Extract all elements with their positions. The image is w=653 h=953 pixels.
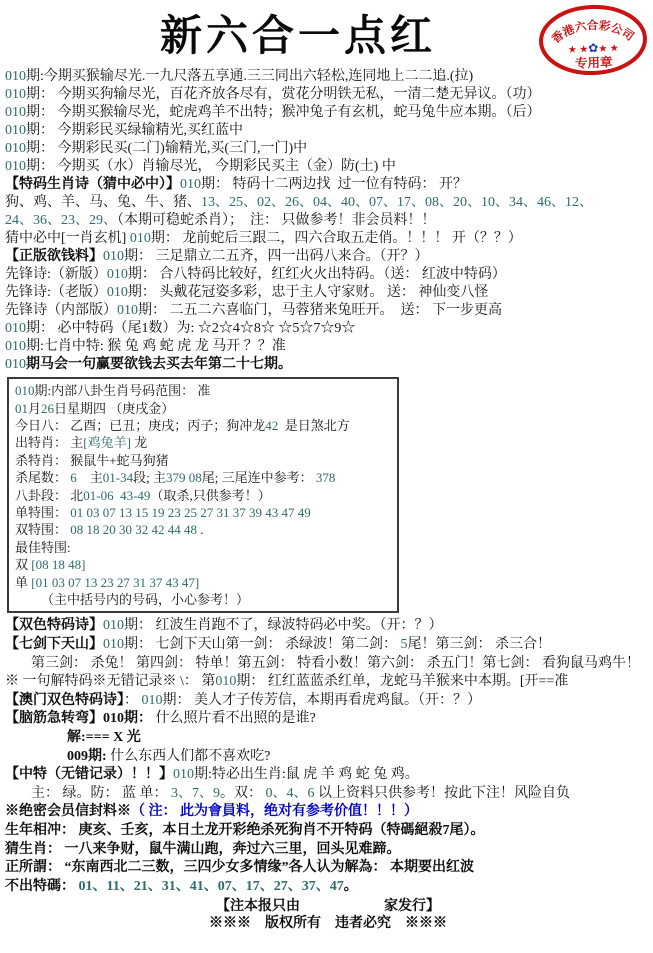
text-segment: 期： 三足鼎立二五齐，四一出码八来合。（开？） bbox=[124, 249, 429, 264]
text-segment: 26 bbox=[41, 401, 54, 416]
text-segment: （取杀,只供参考！） bbox=[150, 488, 270, 503]
text-segment: 010 bbox=[5, 321, 26, 336]
footer-text-line: ※※※ 版权所有 违者必究 ※※※ bbox=[5, 915, 651, 932]
text-segment: 狗、鸡、羊、马、兔、牛、猪、 bbox=[5, 195, 201, 210]
text-segment: 01-06 43-49 bbox=[83, 488, 150, 503]
main-text-line: 【特码生肖诗（猜中必中）】010期： 特码十二两边找 过一位有特码： 开？ bbox=[5, 176, 651, 194]
main-text-line: 先锋诗（内部版）010期： 二五二六喜临门，马蓉猪来兔旺开。 送： 下一步更高 bbox=[5, 302, 651, 320]
stamp-flower-icon: ✿ bbox=[588, 41, 599, 55]
text-segment: 双特围： bbox=[15, 522, 70, 537]
text-segment: 【双色特码诗】 bbox=[5, 618, 103, 633]
stamp-stars-right: ★ ★ bbox=[598, 43, 619, 55]
text-segment: 主： 绿。防： 蓝 单： bbox=[31, 786, 171, 801]
text-segment: . bbox=[197, 522, 204, 537]
text-segment: 01 03 07 13 15 19 23 25 27 31 37 39 43 4… bbox=[70, 505, 311, 520]
stamp-stars-row: ★ ★✿★ ★ bbox=[568, 40, 619, 56]
text-segment: 单 bbox=[15, 575, 31, 590]
text-segment: 010 bbox=[5, 123, 26, 138]
text-segment: 猜生肖： 一八来争财，鼠牛满山跑，奔过六三里，回头见难蹄。 bbox=[5, 842, 401, 857]
text-segment: 月 bbox=[28, 401, 41, 416]
secondary-text-line: 解:=== X 光 bbox=[5, 729, 651, 748]
text-segment: 010 bbox=[103, 249, 124, 264]
text-segment: 猜中必中[一肖玄机] bbox=[5, 231, 130, 246]
text-segment: 先锋诗（内部版） bbox=[5, 303, 117, 318]
main-text-line: 010期： 必中特码（尾1数）为: ☆2☆4☆8☆ ☆5☆7☆9☆ bbox=[5, 320, 651, 338]
secondary-text-line: ※绝密会员信封料※（ 注： 此为會員料，绝对有参考价值！！！） bbox=[5, 803, 651, 822]
footer-section: 【注本报只由 家发行】※※※ 版权所有 违者必究 ※※※ bbox=[5, 898, 651, 932]
text-segment: 今日八： 乙酉；已丑；庚戌；丙子；狗冲龙 bbox=[15, 418, 265, 433]
main-text-line: 狗、鸡、羊、马、兔、牛、猪、13、25、02、26、04、40、07、17、08… bbox=[5, 194, 651, 212]
secondary-text-line: 第三剑： 杀兔！ 第四剑： 特单！第五剑： 特看小数！第六剑： 杀五门！第七剑：… bbox=[5, 655, 651, 674]
tip-sheet-page: 新六合一点红 香港六合彩公司 ★ ★✿★ ★ 专用章 010期:今期买猴输尽光.… bbox=[0, 0, 653, 953]
text-segment: 。 bbox=[344, 879, 358, 894]
text-segment: 010 bbox=[142, 693, 163, 708]
text-segment: 01 bbox=[15, 401, 28, 416]
text-segment: 010 bbox=[173, 767, 194, 782]
stamp-stars-left: ★ ★ bbox=[568, 44, 589, 56]
main-text-line: 【正版欲钱料】010期： 三足鼎立二五齐，四一出码八来合。（开？） bbox=[5, 248, 651, 266]
text-segment: （本期可稳蛇杀肖）； 注： 只做参考！非会员料！！ bbox=[117, 213, 436, 228]
text-segment: 先锋诗:（老版） bbox=[5, 285, 107, 300]
text-segment: 010 bbox=[5, 105, 26, 120]
text-segment: 010 bbox=[5, 69, 26, 84]
text-segment: 01-34 bbox=[103, 470, 133, 485]
text-segment: （主中括号内的号码，小心参考！） bbox=[41, 592, 249, 607]
text-segment: 期： 头戴花冠姿多彩，忠于主人守家财。 送： 神仙变八怪 bbox=[128, 285, 489, 300]
text-segment: 010 bbox=[117, 303, 138, 318]
stamp-graphic: 香港六合彩公司 ★ ★✿★ ★ 专用章 bbox=[536, 1, 651, 79]
text-segment bbox=[300, 899, 384, 914]
secondary-text-line: 正所謂： “东南西北二三数，三四少女多情缘”各人认为解為： 本期要出红波 bbox=[5, 859, 651, 878]
text-segment: 段; 主 bbox=[133, 470, 166, 485]
secondary-text-line: 009期: 什么东西人们都不喜欢吃? bbox=[5, 748, 651, 767]
text-segment: 期： 二五二六喜临门，马蓉猪来兔旺开。 送： 下一步更高 bbox=[138, 303, 502, 318]
main-text-line: 010期： 今期买猴输尽光，蛇虎鸡羊不出特；猴冲兔子有玄机，蛇马兔牛应本期。（后… bbox=[5, 104, 651, 122]
box-text-line: 单特围： 01 03 07 13 15 19 23 25 27 31 37 39… bbox=[15, 504, 391, 521]
text-segment: 期： 七剑下天山第一剑： 杀绿波！第二剑： bbox=[124, 637, 401, 652]
secondary-text-line: 猜生肖： 一八来争财，鼠牛满山跑，奔过六三里，回头见难蹄。 bbox=[5, 841, 651, 860]
box-text-line: 八卦段： 北01-06 43-49（取杀,只供参考！） bbox=[15, 487, 391, 504]
text-segment: 010 bbox=[5, 159, 26, 174]
text-segment: 出特肖： 主 bbox=[15, 435, 83, 450]
text-segment: 379 08 bbox=[166, 470, 202, 485]
text-segment: 【注本报只由 bbox=[216, 899, 300, 914]
text-segment: 378 bbox=[316, 470, 336, 485]
text-segment: 尾！第三剑： 杀三合！ bbox=[408, 637, 552, 652]
text-segment: 期:七肖中特: 猴 兔 鸡 蛇 虎 龙 马开 ？？准 bbox=[26, 339, 286, 354]
text-segment: 双 bbox=[15, 557, 31, 572]
secondary-text-line: ※ 一句解特码※无错记录※ \： 第010期： 红红蓝蓝杀红单，龙蛇马羊猴来中本… bbox=[5, 673, 651, 692]
text-segment: 【澳门双色特码诗】 bbox=[5, 693, 124, 708]
secondary-text-line: 主： 绿。防： 蓝 单： 3、7、9。双： 0、4、6 以上资料只供参考！按此下… bbox=[5, 785, 651, 804]
bagua-range-lines: 010期:内部八卦生肖号码范围： 准01月26日星期四 （庚戌金）今日八： 乙酉… bbox=[15, 382, 391, 608]
secondary-text-line: 【中特（无错记录）！！】010期:特必出生肖:鼠 虎 羊 鸡 蛇 兔 鸡。 bbox=[5, 766, 651, 785]
text-segment: 期： 今期彩民买绿输精光,买红蓝中 bbox=[26, 123, 243, 138]
secondary-text-line: 不出特碼： 01、11、21、31、41、07、17、27、37、47。 bbox=[5, 878, 651, 897]
text-segment: 42 bbox=[265, 418, 278, 433]
text-segment: 010 bbox=[107, 285, 128, 300]
text-segment: 010 bbox=[5, 141, 26, 156]
main-text-line: 010期： 今期买（水）肖输尽光， 今期彩民买主（金）防(土) 中 bbox=[5, 158, 651, 176]
secondary-text-line: 【澳门双色特码诗】： 010期： 美人才子传芳信，本期再看虎鸡鼠。（开：？） bbox=[5, 692, 651, 711]
text-segment: 期马会一句赢要欲钱去买去年第二十七期。 bbox=[26, 357, 292, 372]
text-segment: 010 bbox=[130, 231, 151, 246]
text-segment: 期： 今期彩民买(二门)输精光,买(三门,一门)中 bbox=[26, 141, 307, 156]
text-segment: （ 注： 此为會員料，绝对有参考价值！！！） bbox=[131, 804, 418, 819]
text-segment: 期： 合八特码比较好，红红火火出特码。（送： 红波中特码） bbox=[128, 267, 506, 282]
secondary-text-line: 【双色特码诗】010期： 红波生肖跑不了，绿波特码必中奖。（开：？） bbox=[5, 617, 651, 636]
text-segment: 主 bbox=[77, 470, 103, 485]
text-segment: 期:特必出生肖:鼠 虎 羊 鸡 蛇 兔 鸡。 bbox=[194, 767, 419, 782]
stamp-bottom-text: 专用章 bbox=[575, 54, 614, 70]
text-segment: 009期: bbox=[67, 749, 110, 764]
box-text-line: 双 [08 18 48] bbox=[15, 556, 391, 573]
box-text-line: 杀特肖： 猴鼠牛+蛇马狗猪 bbox=[15, 452, 391, 469]
text-segment: 期： 必中特码（尾1数）为: ☆2☆4☆8☆ ☆5☆7☆9☆ bbox=[26, 321, 355, 336]
text-segment: [鸡兔羊] bbox=[83, 435, 131, 450]
main-text-line: 先锋诗:（新版）010期： 合八特码比较好，红红火火出特码。（送： 红波中特码） bbox=[5, 266, 651, 284]
text-segment: 期： 特码十二两边找 过一位有特码： 开？ bbox=[201, 177, 467, 192]
text-segment: 期： 今期买（水）肖输尽光， 今期彩民买主（金）防(土) 中 bbox=[26, 159, 396, 174]
box-text-line: 出特肖： 主[鸡兔羊] 龙 bbox=[15, 434, 391, 451]
text-segment: 期： 龙前蛇后三跟二，四六合取五走俏。！！！ 开（？？） bbox=[151, 231, 522, 246]
text-segment: 第三剑： 杀兔！ 第四剑： 特单！第五剑： 特看小数！第六剑： 杀五门！第七剑：… bbox=[31, 656, 640, 671]
box-text-line: 最佳特围: bbox=[15, 539, 391, 556]
text-segment: ※ 一句解特码※无错记录※ \： 第 bbox=[5, 674, 215, 689]
bagua-range-box: 010期:内部八卦生肖号码范围： 准01月26日星期四 （庚戌金）今日八： 乙酉… bbox=[7, 377, 399, 613]
text-segment: 期： 今期买狗输尽光，百花齐放各尽有，赏花分明铁无私，一清二楚无异议。（功） bbox=[26, 87, 541, 102]
text-segment: [08 18 48] bbox=[31, 557, 85, 572]
box-text-line: 010期:内部八卦生肖号码范围： 准 bbox=[15, 382, 391, 399]
main-text-line: 猜中必中[一肖玄机] 010期： 龙前蛇后三跟二，四六合取五走俏。！！！ 开（？… bbox=[5, 230, 651, 248]
text-segment: 正所謂： “东南西北二三数，三四少女多情缘”各人认为解為： 本期要出红波 bbox=[5, 860, 474, 875]
text-segment: 【特码生肖诗（猜中必中）】 bbox=[5, 177, 180, 192]
text-segment: 日星期四 （庚戌金） bbox=[54, 401, 174, 416]
text-segment: ※※※ 版权所有 违者必究 ※※※ bbox=[209, 916, 447, 931]
text-segment: 生年相冲： 庚亥、壬亥，本日土龙开彩绝杀死狗肖不开特码（特碼絕殺7尾）。 bbox=[5, 823, 485, 838]
text-segment: 以上资料只供参考！按此下注！风险自负 bbox=[315, 786, 571, 801]
text-segment: 杀尾数： bbox=[15, 470, 70, 485]
company-stamp: 香港六合彩公司 ★ ★✿★ ★ 专用章 bbox=[536, 1, 651, 79]
main-text-line: 010期： 今期彩民买绿输精光,买红蓝中 bbox=[5, 122, 651, 140]
box-text-line: 单 [01 03 07 13 23 27 31 37 43 47] bbox=[15, 574, 391, 591]
text-segment: 0、4、6 bbox=[266, 786, 315, 801]
main-text-line: 010期马会一句赢要欲钱去买去年第二十七期。 bbox=[5, 356, 651, 374]
main-text-line: 010期:七肖中特: 猴 兔 鸡 蛇 虎 龙 马开 ？？准 bbox=[5, 338, 651, 356]
text-segment: 龙 bbox=[131, 435, 147, 450]
secondary-text-line: 【脑筋急转弯】010期： 什么照片看不出照的是谁? bbox=[5, 710, 651, 729]
box-text-line: 01月26日星期四 （庚戌金） bbox=[15, 400, 391, 417]
text-segment: 不出特碼： bbox=[5, 879, 79, 894]
text-segment: 什么东西人们都不喜欢吃? bbox=[110, 749, 270, 764]
text-segment: 5 bbox=[401, 637, 408, 652]
text-segment: 010 bbox=[15, 383, 35, 398]
text-segment: ： bbox=[124, 693, 142, 708]
text-segment: 010 bbox=[5, 339, 26, 354]
text-segment: 期:今期买猴输尽光.一九尺落五享通.三三同出六轻松,连同地上二二追.(拉) bbox=[26, 69, 473, 84]
text-segment: 13、25、02、26、04、40、07、17、08、20、10、34、46、1… bbox=[201, 195, 593, 210]
text-segment: 期： 红红蓝蓝杀红单，龙蛇马羊猴来中本期。[开==准 bbox=[236, 674, 568, 689]
secondary-tips-section: 【双色特码诗】010期： 红波生肖跑不了，绿波特码必中奖。（开：？）【七剑下天山… bbox=[5, 617, 651, 896]
text-segment: 010 bbox=[103, 637, 124, 652]
text-segment: 010 bbox=[103, 618, 124, 633]
text-segment: 单特围： bbox=[15, 505, 70, 520]
text-segment: 【中特（无错记录）！！】 bbox=[5, 767, 173, 782]
text-segment: 010 bbox=[5, 357, 26, 372]
main-tips-section: 010期:今期买猴输尽光.一九尺落五享通.三三同出六轻松,连同地上二二追.(拉)… bbox=[5, 68, 651, 374]
text-segment: 【七剑下天山】 bbox=[5, 637, 103, 652]
text-segment: 【正版欲钱料】 bbox=[5, 249, 103, 264]
text-segment: 010 bbox=[5, 87, 26, 102]
main-text-line: 010期： 今期买狗输尽光，百花齐放各尽有，赏花分明铁无私，一清二楚无异议。（功… bbox=[5, 86, 651, 104]
text-segment: 010 bbox=[215, 674, 236, 689]
text-segment: 家发行】 bbox=[384, 899, 440, 914]
text-segment: 08 18 20 30 32 42 44 48 bbox=[70, 522, 197, 537]
text-segment: 是日煞北方 bbox=[278, 418, 350, 433]
text-segment: 期： 美人才子传芳信，本期再看虎鸡鼠。（开：？） bbox=[163, 693, 482, 708]
footer-text-line: 【注本报只由 家发行】 bbox=[5, 898, 651, 915]
text-segment: 杀特肖： 猴鼠牛+蛇马狗猪 bbox=[15, 453, 169, 468]
box-text-line: 今日八： 乙酉；已丑；庚戌；丙子；狗冲龙42 是日煞北方 bbox=[15, 417, 391, 434]
text-segment: 010 bbox=[180, 177, 201, 192]
text-segment: 尾; 三尾连中参考： bbox=[202, 470, 316, 485]
text-segment: 解:=== X 光 bbox=[67, 730, 141, 745]
text-segment: 期： 今期买猴输尽光，蛇虎鸡羊不出特；猴冲兔子有玄机，蛇马兔牛应本期。（后） bbox=[26, 105, 541, 120]
main-text-line: 010期： 今期彩民买(二门)输精光,买(三门,一门)中 bbox=[5, 140, 651, 158]
secondary-text-line: 生年相冲： 庚亥、壬亥，本日土龙开彩绝杀死狗肖不开特码（特碼絕殺7尾）。 bbox=[5, 822, 651, 841]
main-text-line: 先锋诗:（老版）010期： 头戴花冠姿多彩，忠于主人守家财。 送： 神仙变八怪 bbox=[5, 284, 651, 302]
secondary-text-line: 【七剑下天山】010期： 七剑下天山第一剑： 杀绿波！第二剑： 5尾！第三剑： … bbox=[5, 636, 651, 655]
text-segment: 3、7、9 bbox=[171, 786, 220, 801]
text-segment: 010 bbox=[107, 267, 128, 282]
box-text-line: 双特围： 08 18 20 30 32 42 44 48 . bbox=[15, 521, 391, 538]
text-segment: 八卦段： 北 bbox=[15, 488, 83, 503]
box-text-line: 杀尾数： 6 主01-34段; 主379 08尾; 三尾连中参考： 378 bbox=[15, 469, 391, 486]
text-segment: 最佳特围: bbox=[15, 540, 71, 555]
text-segment: 期:内部八卦生肖号码范围： 准 bbox=[35, 383, 211, 398]
text-segment: 24、36、23、29、 bbox=[5, 213, 117, 228]
main-text-line: 24、36、23、29、（本期可稳蛇杀肖）； 注： 只做参考！非会员料！！ bbox=[5, 212, 651, 230]
text-segment: 【脑筋急转弯】010期： bbox=[5, 711, 152, 726]
text-segment: 什么照片看不出照的是谁? bbox=[152, 711, 316, 726]
text-segment: 先锋诗:（新版） bbox=[5, 267, 107, 282]
text-segment: 01、11、21、31、41、07、17、27、37、47 bbox=[79, 879, 344, 894]
box-text-line: （主中括号内的号码，小心参考！） bbox=[15, 591, 391, 608]
text-segment: 。双： bbox=[220, 786, 266, 801]
text-segment: ※绝密会员信封料※ bbox=[5, 804, 131, 819]
text-segment: 期： 红波生肖跑不了，绿波特码必中奖。（开：？） bbox=[124, 618, 443, 633]
text-segment: [01 03 07 13 23 27 31 37 43 47] bbox=[31, 575, 199, 590]
